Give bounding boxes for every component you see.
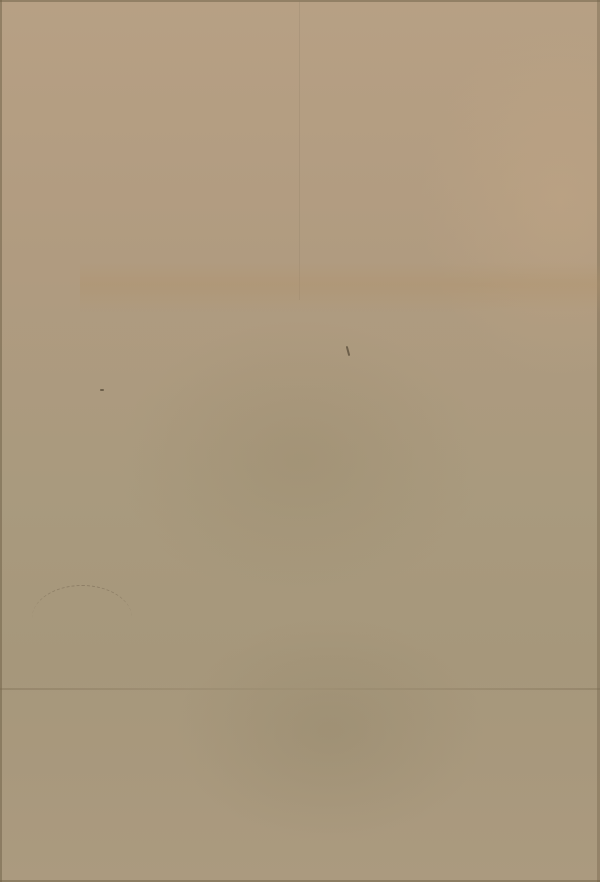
horizontal-fold-crease: [0, 688, 600, 690]
water-stain-band: [80, 262, 600, 312]
paper-edge-top: [0, 0, 600, 2]
paper-edge-left: [0, 0, 2, 882]
water-stain-outline: [32, 585, 132, 651]
pencil-mark: [346, 346, 351, 356]
blank-paper-page: [0, 0, 600, 882]
small-speck: [100, 389, 104, 391]
vertical-fold-crease: [299, 0, 300, 300]
